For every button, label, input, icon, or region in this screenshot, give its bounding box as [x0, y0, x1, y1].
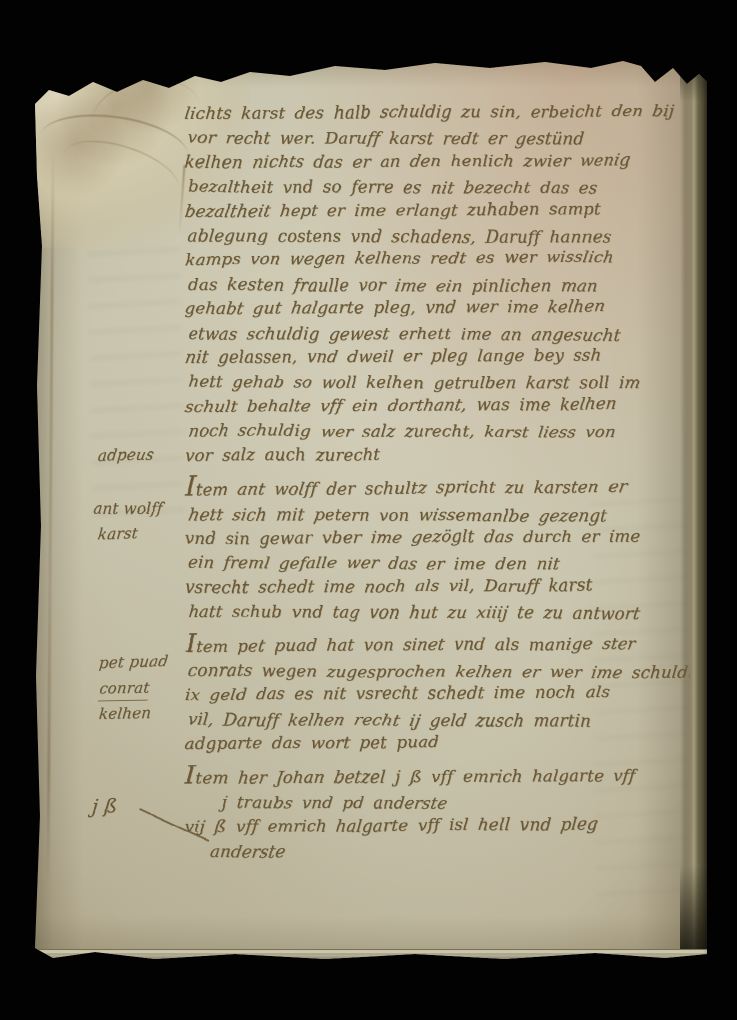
text-line: Item her Johan betzel j ß vff emrich hal… [184, 760, 691, 790]
text-line: vnd sin gewar vber ime gezöglt das durch… [184, 524, 691, 551]
margin-note-underlined: conrat [98, 677, 151, 702]
margin-note: karst [97, 523, 139, 546]
margin-note: ant wolff [92, 496, 163, 519]
text-line: lichts karst des halb schuldig zu sin, e… [184, 99, 691, 126]
text-line: nit gelassen, vnd dweil er pleg lange be… [184, 343, 691, 370]
text-line: gehabt gut halgarte pleg, vnd wer ime ke… [184, 294, 691, 321]
text-line: ix geld das es nit vsrecht schedt ime no… [184, 680, 691, 707]
text-line: Item ant wolff der schultz spricht zu ka… [184, 472, 691, 502]
manuscript-paragraph-3: Item pet puad hat von sinet vnd als mani… [185, 632, 690, 757]
text-line: kelhen nichts das er an den henlich zwie… [184, 148, 691, 175]
page-stack-bottom-edge [35, 949, 707, 960]
text-line: vsrecht schedt ime noch als vil, Daruff … [184, 573, 691, 600]
text-line: adgparte das wort pet puad [184, 729, 691, 756]
margin-note: pet puad [98, 650, 169, 673]
ink-layer: lichts karst des halb schuldig zu sin, e… [35, 56, 707, 960]
text-line: Item pet puad hat von sinet vnd als mani… [184, 628, 691, 658]
text-line: schult behalte vff ein dorthant, was ime… [184, 392, 691, 419]
margin-note: kelhen [98, 703, 152, 726]
text-line: hatt schub vnd tag von hut zu xiiij te z… [187, 600, 694, 626]
book-fore-edge [680, 56, 707, 960]
manuscript-paragraph-4: Item her Johan betzel j ß vff emrich hal… [185, 764, 690, 865]
manuscript-paragraph-1: lichts karst des halb schuldig zu sin, e… [185, 102, 690, 468]
text-line: bezaltheit hept er ime erlangt zuhaben s… [184, 197, 691, 224]
margin-note: j ß [91, 796, 118, 818]
manuscript-text: lichts karst des halb schuldig zu sin, e… [185, 102, 690, 864]
photo-background: lichts karst des halb schuldig zu sin, e… [0, 0, 737, 1020]
text-line: kamps von wegen kelhens redt es wer wiss… [184, 245, 691, 272]
text-line: anderste [209, 840, 694, 866]
manuscript-page: lichts karst des halb schuldig zu sin, e… [35, 56, 707, 960]
manuscript-paragraph-2: Item ant wolff der schultz spricht zu ka… [185, 475, 690, 624]
text-line: vor salz auch zurecht [184, 441, 691, 468]
margin-note: adpeus [97, 444, 155, 467]
text-line: vij ß vff emrich halgarte vff isl hell v… [184, 812, 691, 839]
